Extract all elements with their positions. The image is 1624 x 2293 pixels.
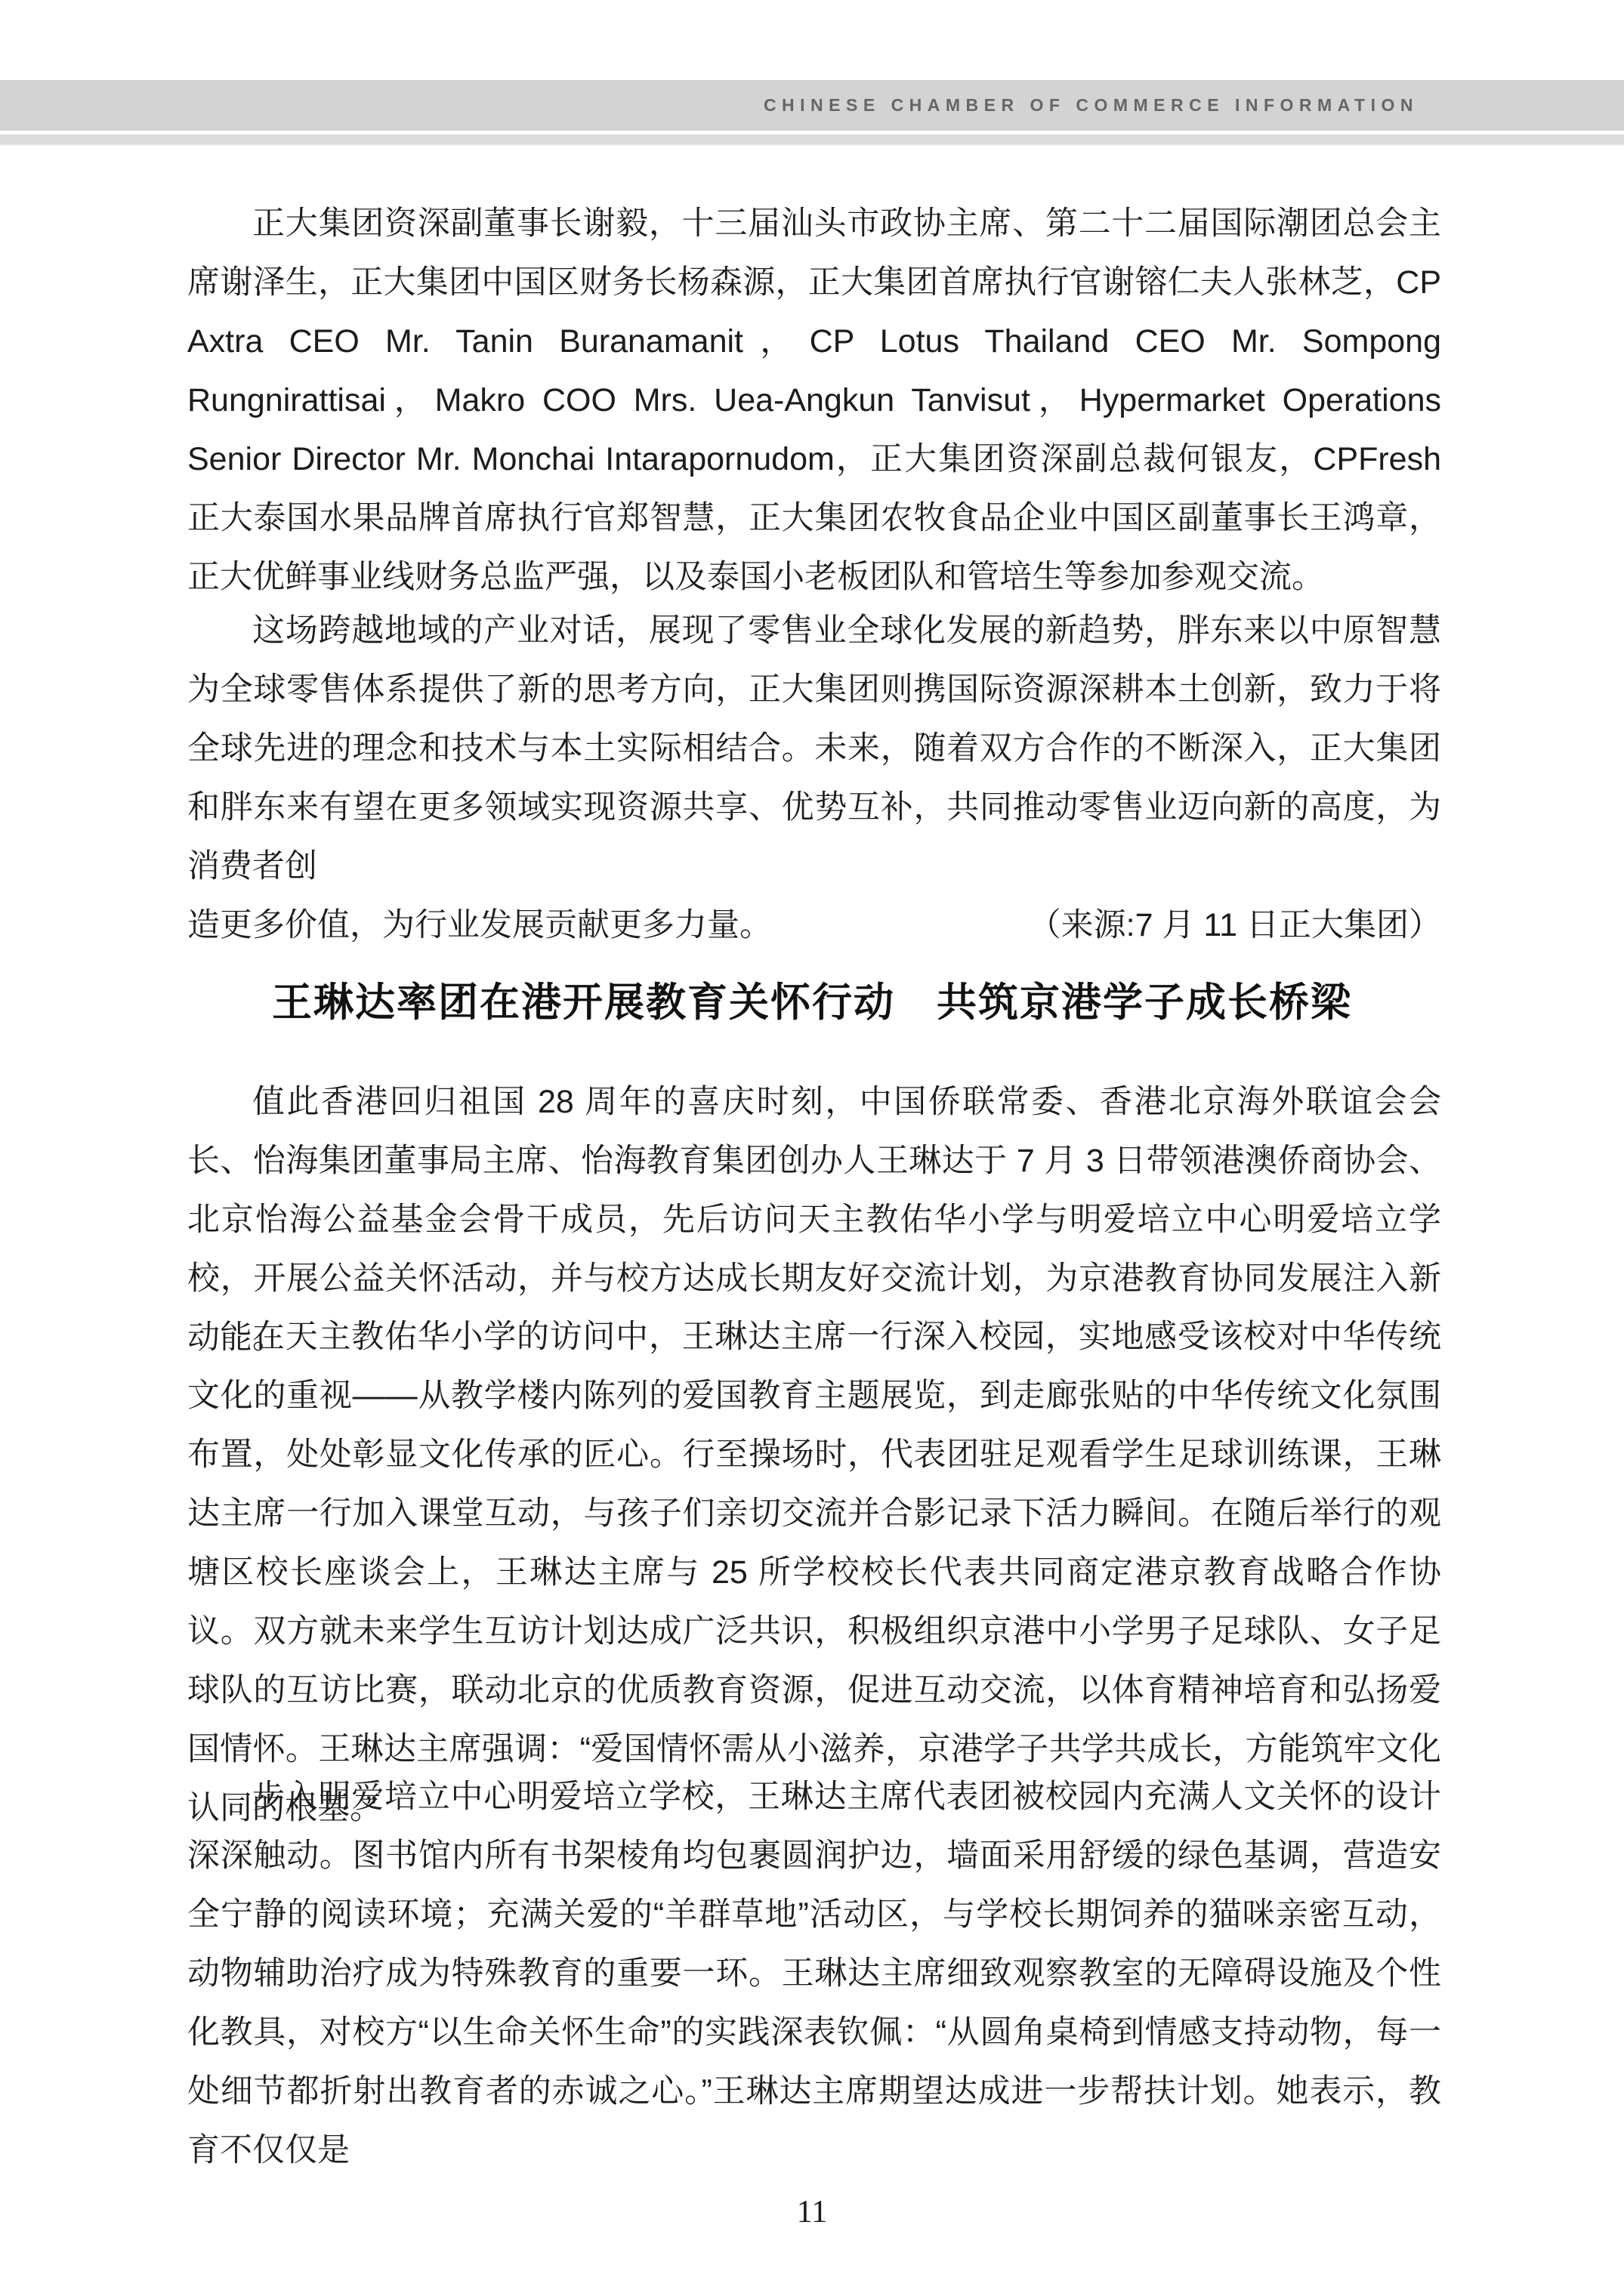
article2-paragraph-3-text: 步入明爱培立中心明爱培立学校，王琳达主席代表团被校园内充满人文关怀的设计深深触动… xyxy=(187,1767,1441,2180)
article2-paragraph-2-text: 在天主教佑华小学的访问中，王琳达主席一行深入校园，实地感受该校对中华传统文化的重… xyxy=(187,1307,1441,1838)
source-note: （来源:7 月 11 日正大集团） xyxy=(1029,896,1441,955)
article1-paragraph-2-text: 这场跨越地域的产业对话，展现了零售业全球化发展的新趋势，胖东来以中原智慧为全球零… xyxy=(187,601,1441,896)
article1-paragraph-2-lastline-text: 造更多价值，为行业发展贡献更多力量。 xyxy=(187,896,772,955)
header-banner: CHINESE CHAMBER OF COMMERCE INFORMATION xyxy=(0,80,1624,131)
article2-paragraph-3: 步入明爱培立中心明爱培立学校，王琳达主席代表团被校园内充满人文关怀的设计深深触动… xyxy=(187,1767,1441,2180)
header-divider xyxy=(0,134,1624,146)
article1-paragraph-2-lastline: 造更多价值，为行业发展贡献更多力量。 （来源:7 月 11 日正大集团） xyxy=(187,896,1441,955)
header-banner-title: CHINESE CHAMBER OF COMMERCE INFORMATION xyxy=(764,80,1419,131)
article1-paragraph-1-text: 正大集团资深副董事长谢毅，十三届汕头市政协主席、第二十二届国际潮团总会主席谢泽生… xyxy=(187,194,1441,606)
article1-paragraph-2: 这场跨越地域的产业对话，展现了零售业全球化发展的新趋势，胖东来以中原智慧为全球零… xyxy=(187,601,1441,955)
page-number: 11 xyxy=(0,2194,1624,2230)
document-page: CHINESE CHAMBER OF COMMERCE INFORMATION … xyxy=(0,0,1624,2293)
article1-paragraph-1: 正大集团资深副董事长谢毅，十三届汕头市政协主席、第二十二届国际潮团总会主席谢泽生… xyxy=(187,194,1441,606)
article2-headline: 王琳达率团在港开展教育关怀行动 共筑京港学子成长桥梁 xyxy=(0,969,1624,1037)
article2-paragraph-2: 在天主教佑华小学的访问中，王琳达主席一行深入校园，实地感受该校对中华传统文化的重… xyxy=(187,1307,1441,1838)
